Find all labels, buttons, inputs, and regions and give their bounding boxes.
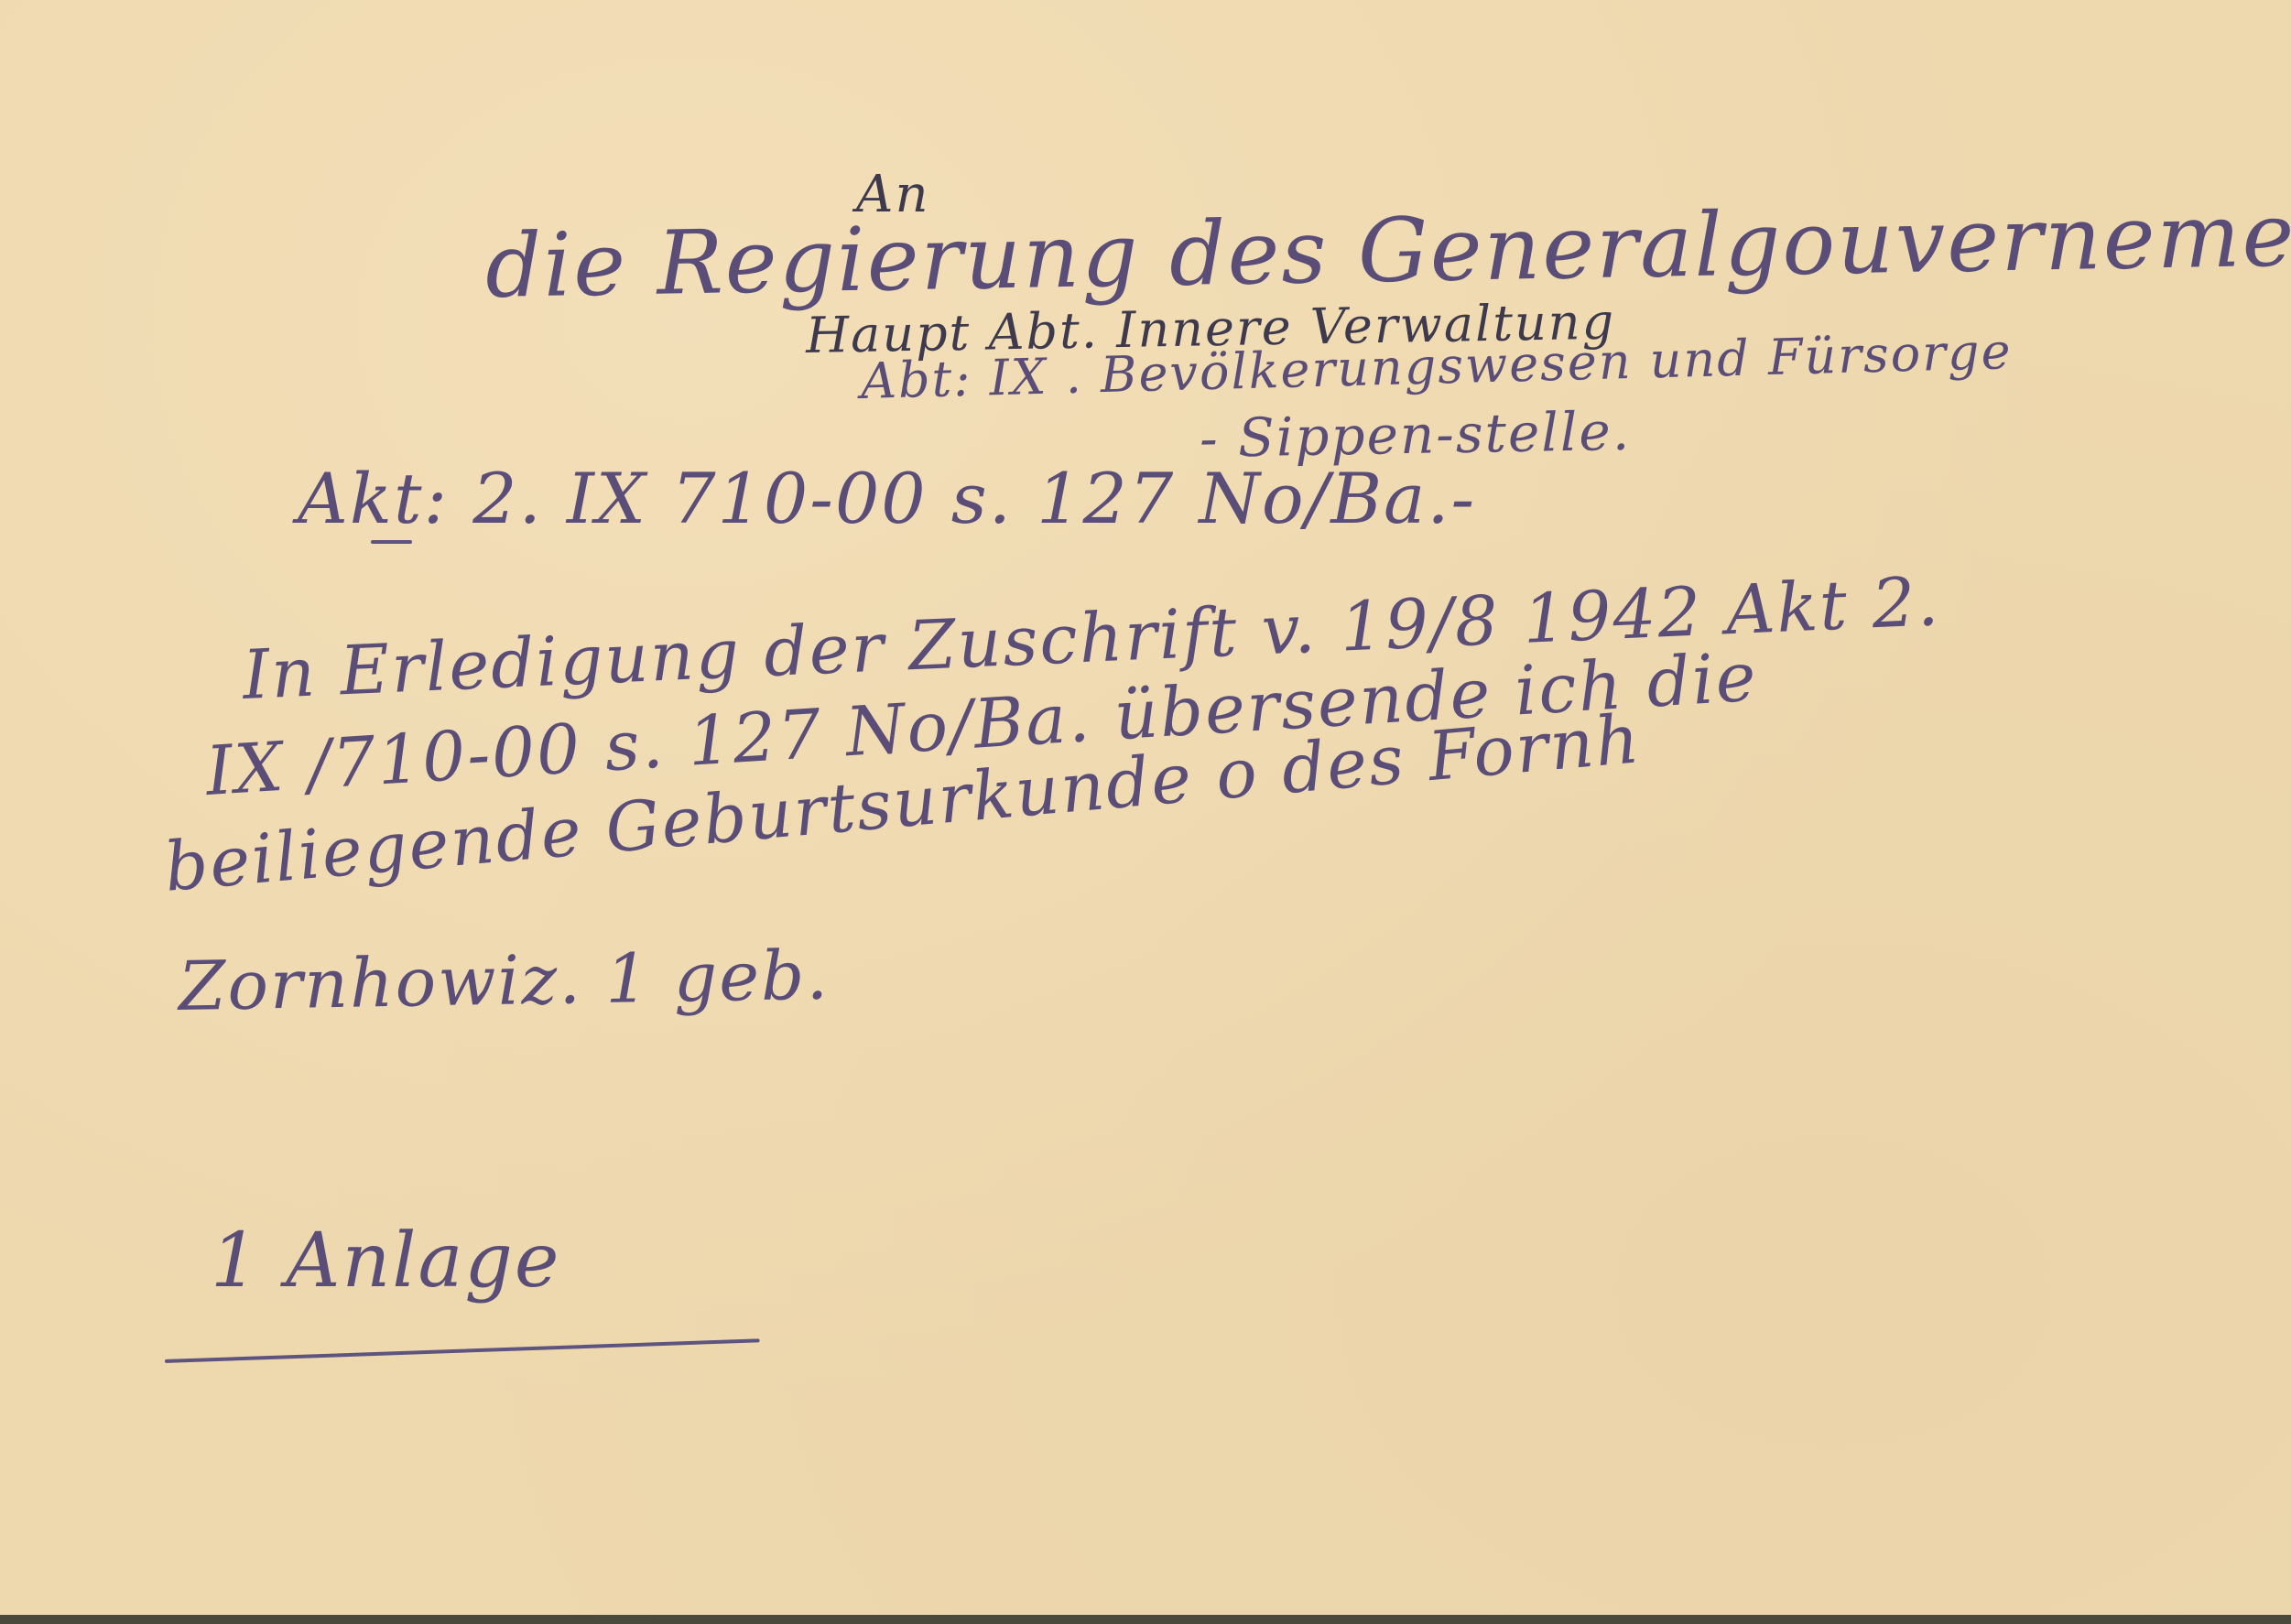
enclosure-note: 1 Anlage [211,1218,560,1305]
reference-number: Akt: 2. IX 710-00 s. 127 No/Ba.- [298,458,1476,539]
scan-edge [0,1615,2291,1624]
reference-underline [371,540,412,544]
body-line-4: Zornhowiz. 1 geb. [178,937,830,1026]
